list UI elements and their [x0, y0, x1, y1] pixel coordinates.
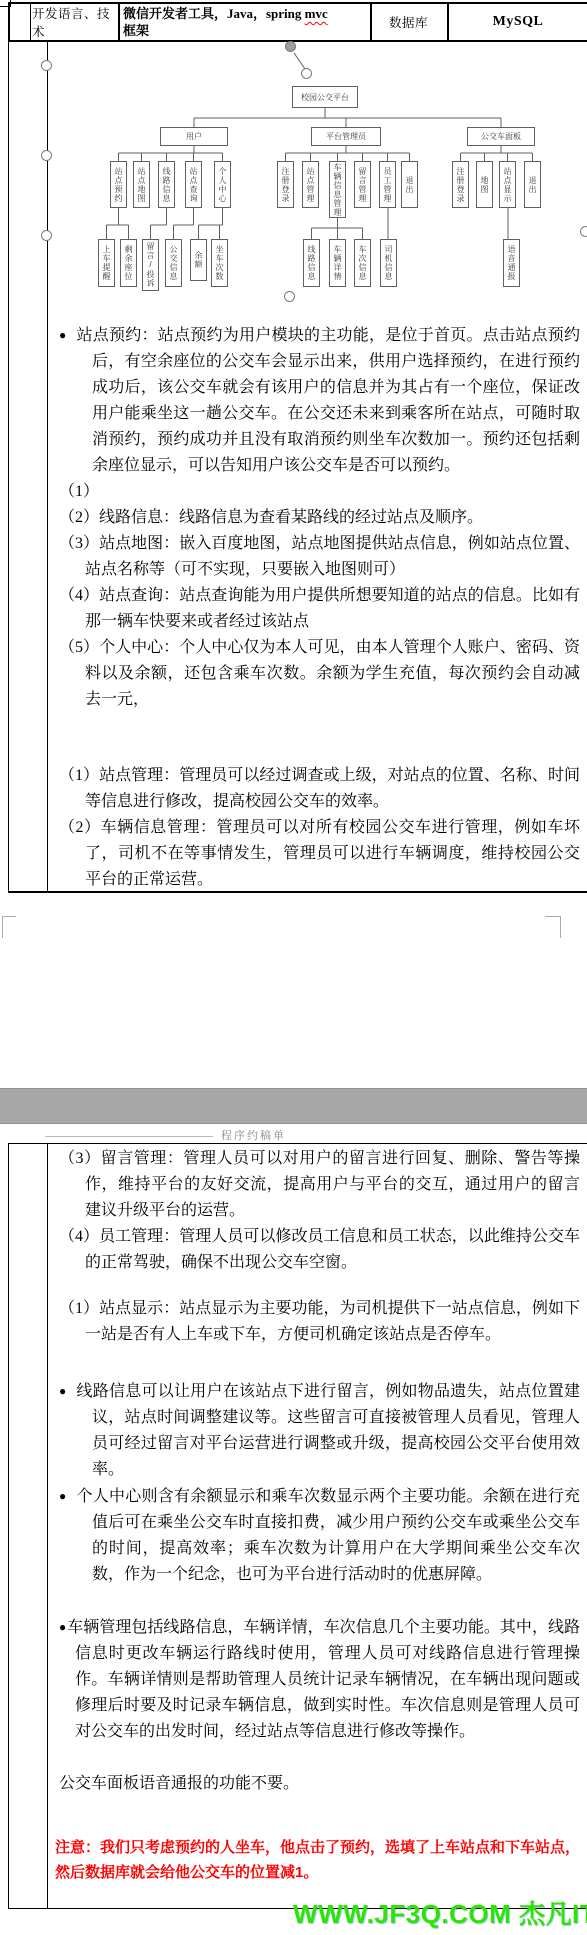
paragraph: （1）站点显示：站点显示为主要功能，为司机提供下一站点信息，例如下一站是否有人上…: [59, 1296, 580, 1348]
paragraph: （2）车辆信息管理：管理员可以对所有校园公交车进行管理，例如车坏了，司机不在等事…: [59, 815, 580, 893]
resize-handle-bottom[interactable]: [284, 291, 295, 302]
rotate-handle[interactable]: [285, 41, 296, 52]
chart-node-station-reserve: 站点预约: [110, 161, 127, 208]
page2-header-label: 程序约稿单: [221, 1127, 286, 1143]
chart-node-staff-manage: 员工管理: [379, 161, 396, 208]
paragraph-text: 注意：我们只考虑预约的人坐车，他点击了预约，选填了上车站点和下车站点，然后数据库…: [55, 1839, 580, 1881]
org-chart: 校园公交平台 用户 平台管理员 公交车面板 站点预约 站点地图 线路信息 站点查…: [0, 0, 587, 312]
chart-node-user: 用户: [160, 127, 228, 146]
page1-content: ●站点预约：站点预约为用户模块的主功能，是位于首页。点击站点预约后，有空余座位的…: [47, 322, 585, 893]
paragraph-text: 车辆管理包括线路信息，车辆详情，车次信息几个主要功能。其中，线路信息时更改车辆运…: [67, 1619, 580, 1740]
chart-node-line-info: 线路信息: [303, 239, 320, 287]
list-marker: （4）: [59, 1228, 99, 1245]
paragraph-text: 站点管理：管理员可以经过调查或上级，对站点的位置、名称、时间等信息进行修改，提高…: [85, 767, 580, 810]
document-page: 开发语言、技术 微信开发者工具，Java，spring mvc 框架 数据库 M…: [0, 0, 587, 1935]
paragraph: （1）站点管理：管理员可以经过调查或上级，对站点的位置、名称、时间等信息进行修改…: [59, 763, 580, 815]
resize-handle-left-mid[interactable]: [41, 150, 52, 161]
list-marker: ●: [59, 1489, 67, 1503]
chart-node-personal-center: 个人中心: [214, 161, 231, 208]
paragraph-text: 个人中心则含有余额显示和乘车次数显示两个主要功能。余额在进行充值后可在乘坐公交车…: [77, 1488, 581, 1583]
paragraph: （5）个人中心：个人中心仅为本人可见，由本人管理个人账户、密码、资料以及余额，还…: [59, 635, 580, 713]
list-marker: （3）: [59, 535, 99, 552]
paragraph-text: 线路信息：线路信息为查看某路线的经过站点及顺序。: [99, 509, 483, 526]
chart-node-station-query: 站点查询: [185, 161, 202, 208]
chart-node-admin: 平台管理员: [311, 127, 381, 146]
chart-node-station-manage: 站点管理: [302, 161, 319, 208]
chart-node-board-remind: 上车提醒: [98, 239, 115, 287]
paragraph-text: 站点查询：站点查询能为用户提供所想要知道的站点的信息。比如有那一辆车快要来或者经…: [85, 587, 580, 630]
chart-node-remaining-seats: 剩余座位: [120, 239, 137, 287]
chart-node-admin-exit: 退出: [401, 161, 418, 208]
chart-node-bus-info: 公交信息: [165, 239, 182, 287]
crop-mark: [560, 916, 561, 938]
paragraph-text: 车辆信息管理：管理员可以对所有校园公交车进行管理，例如车坏了，司机不在等事情发生…: [85, 819, 580, 888]
paragraph: （3）留言管理：管理人员可以对用户的留言进行回复、删除、警告等操作，维持平台的友…: [59, 1146, 580, 1224]
paragraph: 公交车面板语音通报的功能不要。: [59, 1771, 580, 1797]
table-border-top: [8, 1143, 587, 1144]
chart-node-ride-count: 坐车次数: [211, 239, 228, 287]
watermark: WWW.JF3Q.COM 杰凡IT: [293, 1894, 587, 1931]
chart-node-balance: 余额: [190, 239, 207, 281]
paragraph-text: 员工管理：管理人员可以修改员工信息和员工状态，以此维持公交车的正常驾驶，确保不出…: [85, 1228, 580, 1271]
note-paragraph: 注意：我们只考虑预约的人坐车，他点击了预约，选填了上车站点和下车站点，然后数据库…: [55, 1835, 580, 1885]
chart-node-driver-info: 司机信息: [380, 239, 397, 287]
chart-node-route-info: 线路信息: [158, 161, 175, 208]
paragraph: （4）站点查询：站点查询能为用户提供所想要知道的站点的信息。比如有那一辆车快要来…: [59, 583, 580, 635]
list-marker: ●: [59, 328, 67, 342]
paragraph-text: 公交车面板语音通报的功能不要。: [59, 1775, 299, 1792]
paragraph-text: 站点显示：站点显示为主要功能，为司机提供下一站点信息，例如下一站是否有人上车或下…: [85, 1300, 580, 1343]
chart-node-admin-register: 注册登录: [277, 161, 294, 208]
paragraph-text: 留言管理：管理人员可以对用户的留言进行回复、删除、警告等操作，维持平台的友好交流…: [85, 1150, 580, 1219]
chart-node-station-map: 站点地图: [133, 161, 150, 208]
paragraph: ●个人中心则含有余额显示和乘车次数显示两个主要功能。余额在进行充值后可在乘坐公交…: [59, 1483, 580, 1588]
chart-node-vehicle-info-manage: 车辆信息管理: [329, 161, 346, 218]
paragraph-text: 个人中心：个人中心仅为本人可见，由本人管理个人账户、密码、资料以及余额，还包含乘…: [85, 639, 580, 708]
list-marker: （2）: [59, 509, 99, 526]
chart-node-root: 校园公交平台: [292, 86, 358, 108]
chart-node-bus-exit: 退出: [524, 161, 541, 208]
list-marker: ●: [59, 1384, 67, 1398]
list-marker: （2）: [59, 819, 101, 836]
paragraph-text: 线路信息可以让用户在该站点下进行留言，例如物品遗失，站点位置建议，站点时间调整建…: [77, 1383, 581, 1478]
chart-node-bus-map: 地图: [476, 161, 493, 208]
chart-node-message-complaint: 留言/投诉: [142, 239, 159, 291]
chart-node-message-manage: 留言管理: [354, 161, 371, 208]
list-marker: （1）: [59, 483, 99, 500]
paragraph: （4）员工管理：管理人员可以修改员工信息和员工状态，以此维持公交车的正常驾驶，确…: [59, 1224, 580, 1276]
list-marker: （1）: [59, 1300, 99, 1317]
paragraph: ●站点预约：站点预约为用户模块的主功能，是位于首页。点击站点预约后，有空余座位的…: [59, 322, 580, 479]
crop-mark: [2, 916, 16, 917]
paragraph-text: 站点预约：站点预约为用户模块的主功能，是位于首页。点击站点预约后，有空余座位的公…: [77, 327, 581, 474]
list-marker: （5）: [59, 639, 99, 656]
list-marker: （1）: [59, 767, 99, 784]
chart-node-trip-info: 车次信息: [354, 239, 371, 287]
crop-mark: [545, 916, 561, 917]
paragraph-text: 站点地图：嵌入百度地图，站点地图提供站点信息，例如站点位置、站点名称等（可不实现…: [85, 535, 580, 578]
chart-node-bus-register: 注册登录: [452, 161, 469, 208]
paragraph: （3）站点地图：嵌入百度地图，站点地图提供站点信息，例如站点位置、站点名称等（可…: [59, 531, 580, 583]
paragraph: ●车辆管理包括线路信息，车辆详情，车次信息几个主要功能。其中，线路信息时更改车辆…: [59, 1614, 580, 1745]
page-separator-band: [0, 1088, 587, 1124]
paragraph: （1）: [59, 479, 580, 505]
paragraph: （2）线路信息：线路信息为查看某路线的经过站点及顺序。: [59, 505, 580, 531]
list-marker: （4）: [59, 587, 99, 604]
paragraph: ●线路信息可以让用户在该站点下进行留言，例如物品遗失，站点位置建议，站点时间调整…: [59, 1378, 580, 1483]
chart-node-bus-panel: 公交车面板: [467, 127, 535, 146]
resize-handle-left-top[interactable]: [41, 60, 52, 71]
page2-header-rule: [45, 1136, 213, 1137]
table-border-left: [8, 1143, 9, 1909]
chart-node-station-display: 站点显示: [499, 161, 516, 208]
chart-node-vehicle-detail: 车辆详情: [329, 239, 346, 287]
list-marker: ●: [59, 1620, 66, 1634]
list-marker: （3）: [59, 1150, 101, 1167]
resize-handle-right[interactable]: [580, 226, 587, 237]
crop-mark: [2, 916, 3, 938]
page2-content: （3）留言管理：管理人员可以对用户的留言进行回复、删除、警告等操作，维持平台的友…: [47, 1146, 585, 1908]
resize-handle-top[interactable]: [301, 68, 312, 79]
resize-handle-left-bottom[interactable]: [41, 230, 52, 241]
chart-node-voice-broadcast: 语音通报: [503, 239, 520, 287]
